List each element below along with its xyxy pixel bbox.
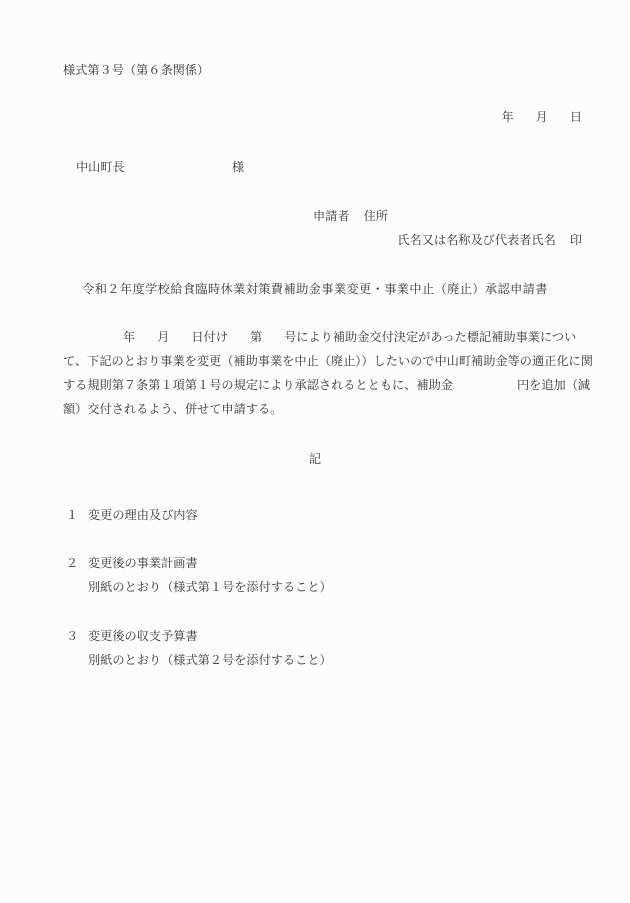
item-title: 変更後の事業計画書 [88,556,198,570]
form-number: 様式第３号（第６条関係） [63,62,209,78]
body-line-3: する規則第７条第１項第１号の規定により承認されるとともに、補助金円を追加（減 [63,377,582,393]
body-line-3-b: 円を追加（減 [517,378,590,392]
item-number: ２ [66,555,88,571]
body-line-1-rest: 号により補助金交付決定があった標記補助事業につい [284,330,576,344]
applicant-name-line: 氏名又は名称及び代表者氏名印 [397,232,582,248]
body-line-2: て、下記のとおり事業を変更（補助事業を中止（廃止））したいので中山町補助金等の適… [63,353,582,369]
list-item: ３変更後の収支予算書 [66,628,198,644]
ki-heading: 記 [0,451,630,467]
date-line: 年月日 [501,109,582,125]
applicant-label: 申請者 [313,209,350,223]
addressee-name: 中山町長 [76,160,125,174]
body-number: 第 [250,330,262,344]
list-item: １変更の理由及び内容 [66,507,198,523]
item-note: 別紙のとおり（様式第１号を添付すること） [88,579,332,595]
item-number: ３ [66,628,88,644]
body-line-1: 年月日付け第号により補助金交付決定があった標記補助事業につい [63,329,582,345]
day-label: 日 [570,109,582,125]
year-label: 年 [501,109,513,125]
item-note: 別紙のとおり（様式第２号を添付すること） [88,652,332,668]
document-title: 令和２年度学校給食臨時休業対策費補助金事業変更・事業中止（廃止）承認申請書 [0,281,630,297]
body-line-4: 額）交付されるよう、併せて申請する。 [63,401,582,417]
list-item: ２変更後の事業計画書 [66,555,198,571]
applicant-address-line: 申請者住所 [313,208,388,224]
body-month: 月 [157,330,169,344]
body-line-3-a: する規則第７条第１項第１号の規定により承認されるとともに、補助金 [63,378,453,392]
item-title: 変更の理由及び内容 [88,508,198,522]
body-day: 日付け [191,330,228,344]
addressee: 中山町長 様 [76,159,125,175]
item-title: 変更後の収支予算書 [88,629,198,643]
addressee-honorific: 様 [232,159,244,175]
body-year: 年 [123,330,135,344]
month-label: 月 [536,109,548,125]
seal-label: 印 [570,233,582,247]
name-label: 氏名又は名称及び代表者氏名 [397,233,555,247]
item-number: １ [66,507,88,523]
address-label: 住所 [364,209,388,223]
